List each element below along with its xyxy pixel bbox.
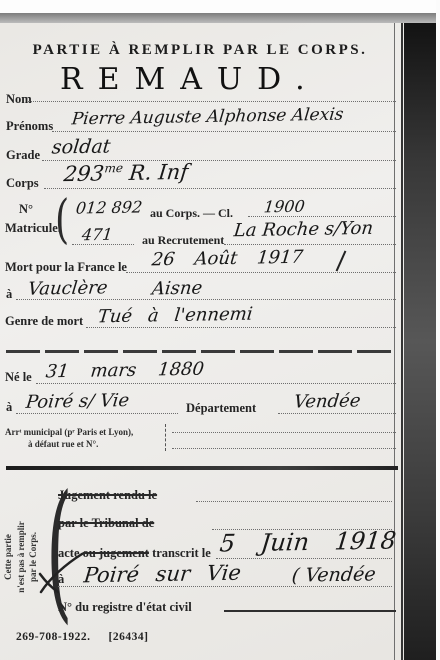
binding-shadow — [404, 23, 436, 660]
dotted-leader — [52, 131, 396, 132]
dotted-leader — [58, 586, 392, 587]
field-value-nom: REMAUD. — [60, 62, 320, 97]
card-right-border — [394, 23, 403, 660]
matricule-brace: ( — [55, 194, 69, 246]
transcription-label-struck: ou jugement — [83, 546, 149, 560]
scanned-death-record-card: PARTIE À REMPLIR PAR LE CORPS. Nom REMAU… — [0, 0, 440, 660]
field-value-mort-date: 26 Août 1917 — [151, 247, 304, 271]
dotted-leader — [44, 188, 396, 189]
scan-right-margin — [436, 0, 440, 660]
field-value-grade: soldat — [51, 135, 112, 158]
printer-imprint: 269-708-1922. [26434] — [16, 627, 148, 645]
matricule-classe: 1900 — [263, 197, 306, 217]
dotted-leader — [172, 432, 396, 433]
dotted-leader — [36, 383, 396, 384]
printer-code: 269-708-1922. — [16, 631, 91, 643]
dotted-leader — [86, 327, 396, 328]
field-label-naissance-lieu: à — [6, 400, 12, 415]
matricule-corps-number: 012 892 — [75, 197, 143, 217]
dotted-leader — [28, 101, 396, 102]
matricule-recrutement-printed: au Recrutement — [142, 233, 224, 248]
pen-flourish — [36, 552, 86, 596]
corps-number: 293 — [63, 161, 106, 186]
field-value-departement: Vendée — [293, 390, 362, 412]
form-title: PARTIE À REMPLIR PAR LE CORPS. — [0, 42, 400, 59]
transcription-label-end: transcrit le — [149, 546, 211, 560]
dotted-leader — [126, 272, 396, 273]
field-value-naissance-lieu: Poiré s/ Vie — [25, 390, 130, 413]
field-label-registre: N° du registre d'état civil — [58, 600, 192, 615]
field-value-transcription-date: 5 Juin 1918 — [218, 526, 397, 557]
field-value-mort-departement: Aisne — [151, 278, 204, 300]
solid-leader — [224, 610, 396, 612]
field-label-departement: Département — [186, 401, 256, 416]
field-value-transcription-lieu: Poiré sur Vie — [83, 561, 243, 588]
matricule-recrutement-number: 471 — [81, 225, 114, 245]
field-label-genre-mort: Genre de mort — [5, 314, 83, 329]
field-label-nom: Nom — [6, 92, 32, 107]
field-label-mort-date: Mort pour la France le — [5, 260, 127, 275]
field-label-arrondissement-1: Arrᵗ municipal (pʳ Paris et Lyon), — [5, 427, 133, 437]
dotted-leader — [16, 413, 178, 414]
field-label-tribunal: par le Tribunal de — [58, 516, 154, 531]
corps-ordinal-suffix: me — [104, 161, 124, 175]
side-note-line1: Cette partie — [2, 496, 15, 618]
dotted-leader — [224, 244, 396, 245]
field-value-transcription-departement: ( Vendée — [291, 563, 377, 586]
dotted-leader — [196, 501, 392, 502]
field-label-arrondissement-2: à défaut rue et N°. — [28, 439, 98, 449]
field-label-matricule: Matricule. — [5, 221, 61, 236]
field-label-grade: Grade — [6, 148, 40, 163]
corps-regiment: R. Inf — [121, 160, 189, 185]
dotted-leader — [172, 448, 396, 449]
dotted-leader — [72, 244, 134, 245]
field-value-naissance-date: 31 mars 1880 — [45, 359, 205, 383]
field-label-mort-lieu: à — [6, 287, 12, 302]
field-label-prenoms: Prénoms — [6, 119, 53, 134]
matricule-recrutement-place: La Roche s/Yon — [233, 218, 374, 241]
side-note-line2: n'est pas à remplir — [15, 496, 28, 618]
field-label-matricule-no: N° — [19, 202, 33, 217]
section-divider — [6, 350, 396, 353]
field-value-genre-mort: Tué à l'ennemi — [97, 304, 254, 328]
field-label-jugement: Jugement rendu le — [58, 488, 157, 503]
dotted-leader — [278, 413, 396, 414]
scan-top-edge — [0, 13, 436, 23]
dotted-leader — [16, 299, 396, 300]
field-value-corps: 293me R. Inf — [63, 160, 190, 186]
matricule-corps-printed: au Corps. — Cl. — [150, 206, 233, 221]
field-label-corps: Corps — [6, 176, 39, 191]
column-divider — [165, 424, 166, 451]
dotted-leader — [216, 558, 392, 559]
field-label-naissance-date: Né le — [5, 370, 32, 385]
field-value-mort-lieu: Vauclère — [27, 277, 109, 299]
printer-ref: [26434] — [109, 631, 149, 643]
